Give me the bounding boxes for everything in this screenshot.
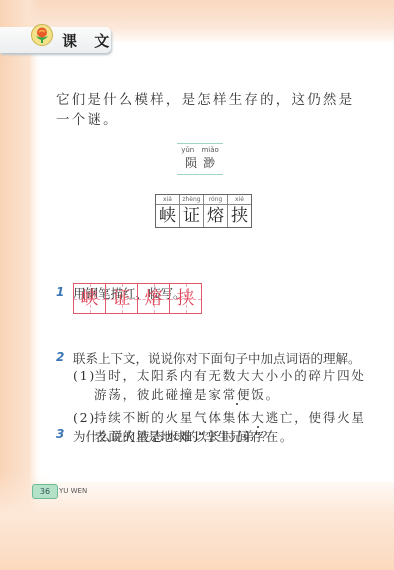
question-number: 2 xyxy=(56,350,64,364)
sub-item-line: 游荡，彼此碰撞是家常便饭。 xyxy=(94,386,280,404)
page-background-bottom xyxy=(0,470,394,570)
char-glyph: 熔 xyxy=(204,205,227,227)
sub-item-line: 当时，太阳系内有无数大大小小的碎片四处 xyxy=(94,367,366,385)
char-pinyin: xié xyxy=(228,195,251,205)
dotted-phrase: 家常便饭 xyxy=(208,387,265,402)
vocab-word-box: yǔn miǎo 陨渺 xyxy=(177,143,223,175)
char-glyph: 峡 xyxy=(156,205,179,227)
flower-logo-icon xyxy=(31,24,53,46)
sub-item-text: 。 xyxy=(266,387,280,402)
new-char-cell: róng 熔 xyxy=(204,195,228,227)
sub-item-text: 游荡，彼此碰撞是 xyxy=(94,387,208,402)
sub-item-text: ，使得火星 xyxy=(294,410,366,425)
question-text: 为什么说火星是地球的“孪生兄弟”？ xyxy=(73,427,273,445)
section-title: 课 文 xyxy=(62,30,115,51)
trace-char: 证 xyxy=(113,288,131,309)
char-pinyin: zhèng xyxy=(180,195,203,205)
book-label: YU WEN xyxy=(59,487,87,495)
page-number-badge: 36 xyxy=(32,484,58,499)
new-char-cell: zhèng 证 xyxy=(180,195,204,227)
trace-char: 峡 xyxy=(81,288,99,309)
char-glyph: 证 xyxy=(180,205,203,227)
char-pinyin: xiá xyxy=(156,195,179,205)
new-char-cell: xié 挟 xyxy=(228,195,251,227)
question-number: 3 xyxy=(56,427,64,441)
new-chars-table: xiá 峡 zhèng 证 róng 熔 xié 挟 xyxy=(155,194,252,228)
trace-char: 挟 xyxy=(177,288,195,309)
vocab-pinyin: yǔn miǎo xyxy=(177,146,223,154)
tracing-grid: 峡 证 熔 挟 xyxy=(73,283,202,314)
char-glyph: 挟 xyxy=(228,205,251,227)
question-text: 联系上下文，说说你对下面句子中加点词语的理解。 xyxy=(73,349,361,367)
sub-item-line: 持续不断的火星气体集体大逃亡，使得火星 xyxy=(94,409,366,427)
question-number: 1 xyxy=(56,285,64,299)
trace-cell: 熔 xyxy=(138,284,170,313)
trace-cell: 证 xyxy=(106,284,138,313)
vocab-chars: 陨渺 xyxy=(183,154,223,171)
sub-item-label: (2) xyxy=(73,409,96,427)
trace-cell: 峡 xyxy=(74,284,106,313)
sub-item-text: 持续不断的火星气体 xyxy=(94,410,223,425)
dotted-text: 家常便饭 xyxy=(208,387,265,402)
new-char-cell: xiá 峡 xyxy=(156,195,180,227)
trace-char: 熔 xyxy=(145,288,163,309)
trace-cell: 挟 xyxy=(170,284,201,313)
sub-item-label: (1) xyxy=(73,367,96,385)
passage-paragraph: 它们是什么模样，是怎样生存的，这仍然是一个谜。 xyxy=(56,90,356,130)
char-pinyin: róng xyxy=(204,195,227,205)
dotted-phrase: 集体大逃亡 xyxy=(223,410,295,425)
